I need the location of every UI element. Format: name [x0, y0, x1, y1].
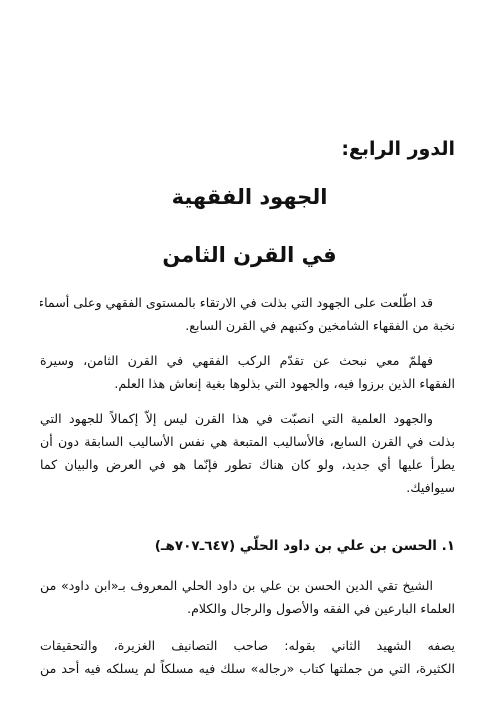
- text-line: سيوافيك.: [40, 476, 455, 499]
- paragraph-invitation: فهلمّ معي نبحث عن تقدّم الركب الفقهي في …: [40, 349, 455, 395]
- text-line: قد اطّلعت على الجهود التي بذلت في الارتق…: [40, 291, 455, 314]
- text-line: فهلمّ معي نبحث عن تقدّم الركب الفقهي في …: [40, 349, 455, 372]
- text-line: والجهود العلمية التي انصبّت في هذا القرن…: [40, 407, 455, 430]
- text-line: الكثيرة، التي من جملتها كتاب «رجاله» سلك…: [40, 657, 455, 680]
- book-page: الدور الرابع: الجهود الفقهية في القرن ال…: [0, 0, 499, 709]
- scholar-heading: ١. الحسن بن علي بن داود الحلّي (٦٤٧ـ٧٠٧ه…: [155, 538, 455, 554]
- paragraph-biography: الشيخ تقي الدين الحسن بن علي بن داود الح…: [40, 574, 455, 620]
- text-line: العلماء البارعين في الفقه والأصول والرجا…: [40, 597, 455, 620]
- text-line: الشيخ تقي الدين الحسن بن علي بن داود الح…: [40, 574, 455, 597]
- text-line: الفقهاء الذين برزوا فيه، والجهود التي بذ…: [40, 372, 455, 395]
- chapter-title-line-2: في القرن الثامن: [0, 243, 499, 267]
- text-line: يطرأ عليها أي جديد، ولو كان هناك تطور فإ…: [40, 453, 455, 476]
- text-line: بذلت في القرن السابع، فالأساليب المتبعة …: [40, 430, 455, 453]
- text-line: يصفه الشهيد الثاني بقوله: صاحب التصانيف …: [40, 634, 455, 657]
- paragraph-efforts: والجهود العلمية التي انصبّت في هذا القرن…: [40, 407, 455, 499]
- paragraph-description: يصفه الشهيد الثاني بقوله: صاحب التصانيف …: [40, 634, 455, 680]
- section-label: الدور الرابع:: [341, 138, 455, 160]
- text-line: نخبة من الفقهاء الشامخين وكتبهم في القرن…: [40, 314, 455, 337]
- chapter-title-line-1: الجهود الفقهية: [0, 185, 499, 209]
- paragraph-intro: قد اطّلعت على الجهود التي بذلت في الارتق…: [40, 291, 455, 337]
